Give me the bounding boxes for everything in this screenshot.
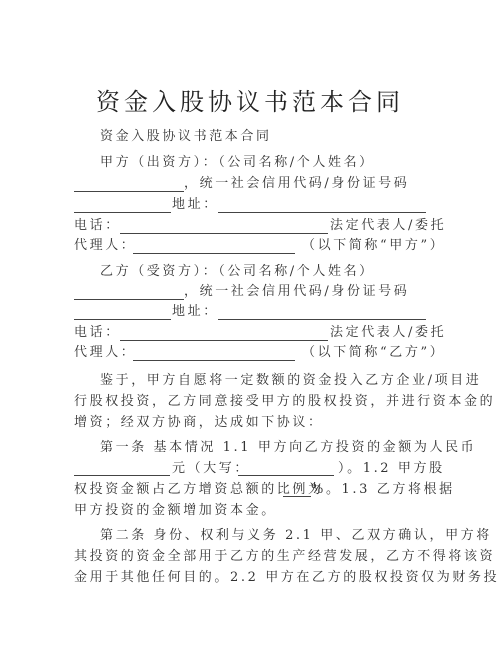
party-b-phone-blank[interactable] [120, 340, 328, 341]
preamble-line-3: 增资；经双方协商，达成如下协议： [74, 415, 324, 431]
party-a-alias: （以下简称“甲方”） [302, 238, 445, 254]
investment-amount-words-blank[interactable] [238, 475, 334, 476]
document-subtitle: 资金入股协议书范本合同 [100, 129, 272, 145]
party-b-agent-label: 代理人： [74, 345, 136, 361]
party-a-agent-label: 代理人： [74, 238, 136, 254]
article-2-line-3: 金用于其他任何目的。2.2 甲方在乙方的股权投资仅为财务投 [74, 570, 499, 586]
article-1-line-3-b: %。1.3 乙方将根据 [311, 482, 455, 498]
article-1-line-2-b: ）。1.2 甲方股 [338, 461, 445, 477]
preamble-line-2: 行股权投资，乙方同意接受甲方的股权投资，并进行资本金的 [74, 394, 495, 410]
party-a-address-label: 地址： [172, 197, 219, 213]
party-a-legal-rep-label: 法定代表人/委托 [330, 218, 446, 234]
party-a-name-blank[interactable] [74, 191, 184, 192]
party-b-header: 乙方（受资方）：（公司名称/个人姓名） [100, 264, 375, 280]
document-title: 资金入股协议书范本合同 [0, 82, 500, 117]
party-a-phone-blank[interactable] [120, 233, 328, 234]
party-b-legal-rep-label: 法定代表人/委托 [330, 325, 446, 341]
party-a-phone-label: 电话： [74, 218, 121, 234]
party-a-address-blank[interactable] [218, 212, 426, 213]
party-b-id-blank[interactable] [74, 319, 171, 320]
party-a-id-blank[interactable] [74, 212, 171, 213]
document-page: 资金入股协议书范本合同 资金入股协议书范本合同 甲方（出资方）：（公司名称/个人… [0, 0, 500, 647]
party-a-agent-blank[interactable] [133, 253, 295, 254]
party-b-address-blank[interactable] [218, 319, 426, 320]
investment-ratio-blank[interactable] [283, 496, 311, 497]
preamble-line-1: 鉴于，甲方自愿将一定数额的资金投入乙方企业/项目进 [100, 373, 481, 389]
article-2-line-2: 其投资的资金全部用于乙方的生产经营发展，乙方不得将该资 [74, 549, 495, 565]
party-b-alias: （以下简称“乙方”） [302, 345, 445, 361]
party-b-agent-blank[interactable] [133, 360, 295, 361]
party-b-address-label: 地址： [172, 304, 219, 320]
article-1-line-4: 甲方投资的金额增加资本金。 [74, 503, 277, 519]
investment-amount-blank[interactable] [74, 475, 170, 476]
party-b-phone-label: 电话： [74, 325, 121, 341]
article-1-line-1: 第一条 基本情况 1.1 甲方向乙方投资的金额为人民币 [100, 440, 476, 456]
party-b-name-blank[interactable] [74, 299, 184, 300]
party-b-credit-code-label: ，统一社会信用代码/身份证号码 [184, 284, 409, 300]
party-a-header: 甲方（出资方）：（公司名称/个人姓名） [100, 155, 375, 171]
party-a-credit-code-label: ，统一社会信用代码/身份证号码 [184, 176, 409, 192]
article-2-line-1: 第二条 身份、权利与义务 2.1 甲、乙双方确认，甲方将 [100, 528, 492, 544]
